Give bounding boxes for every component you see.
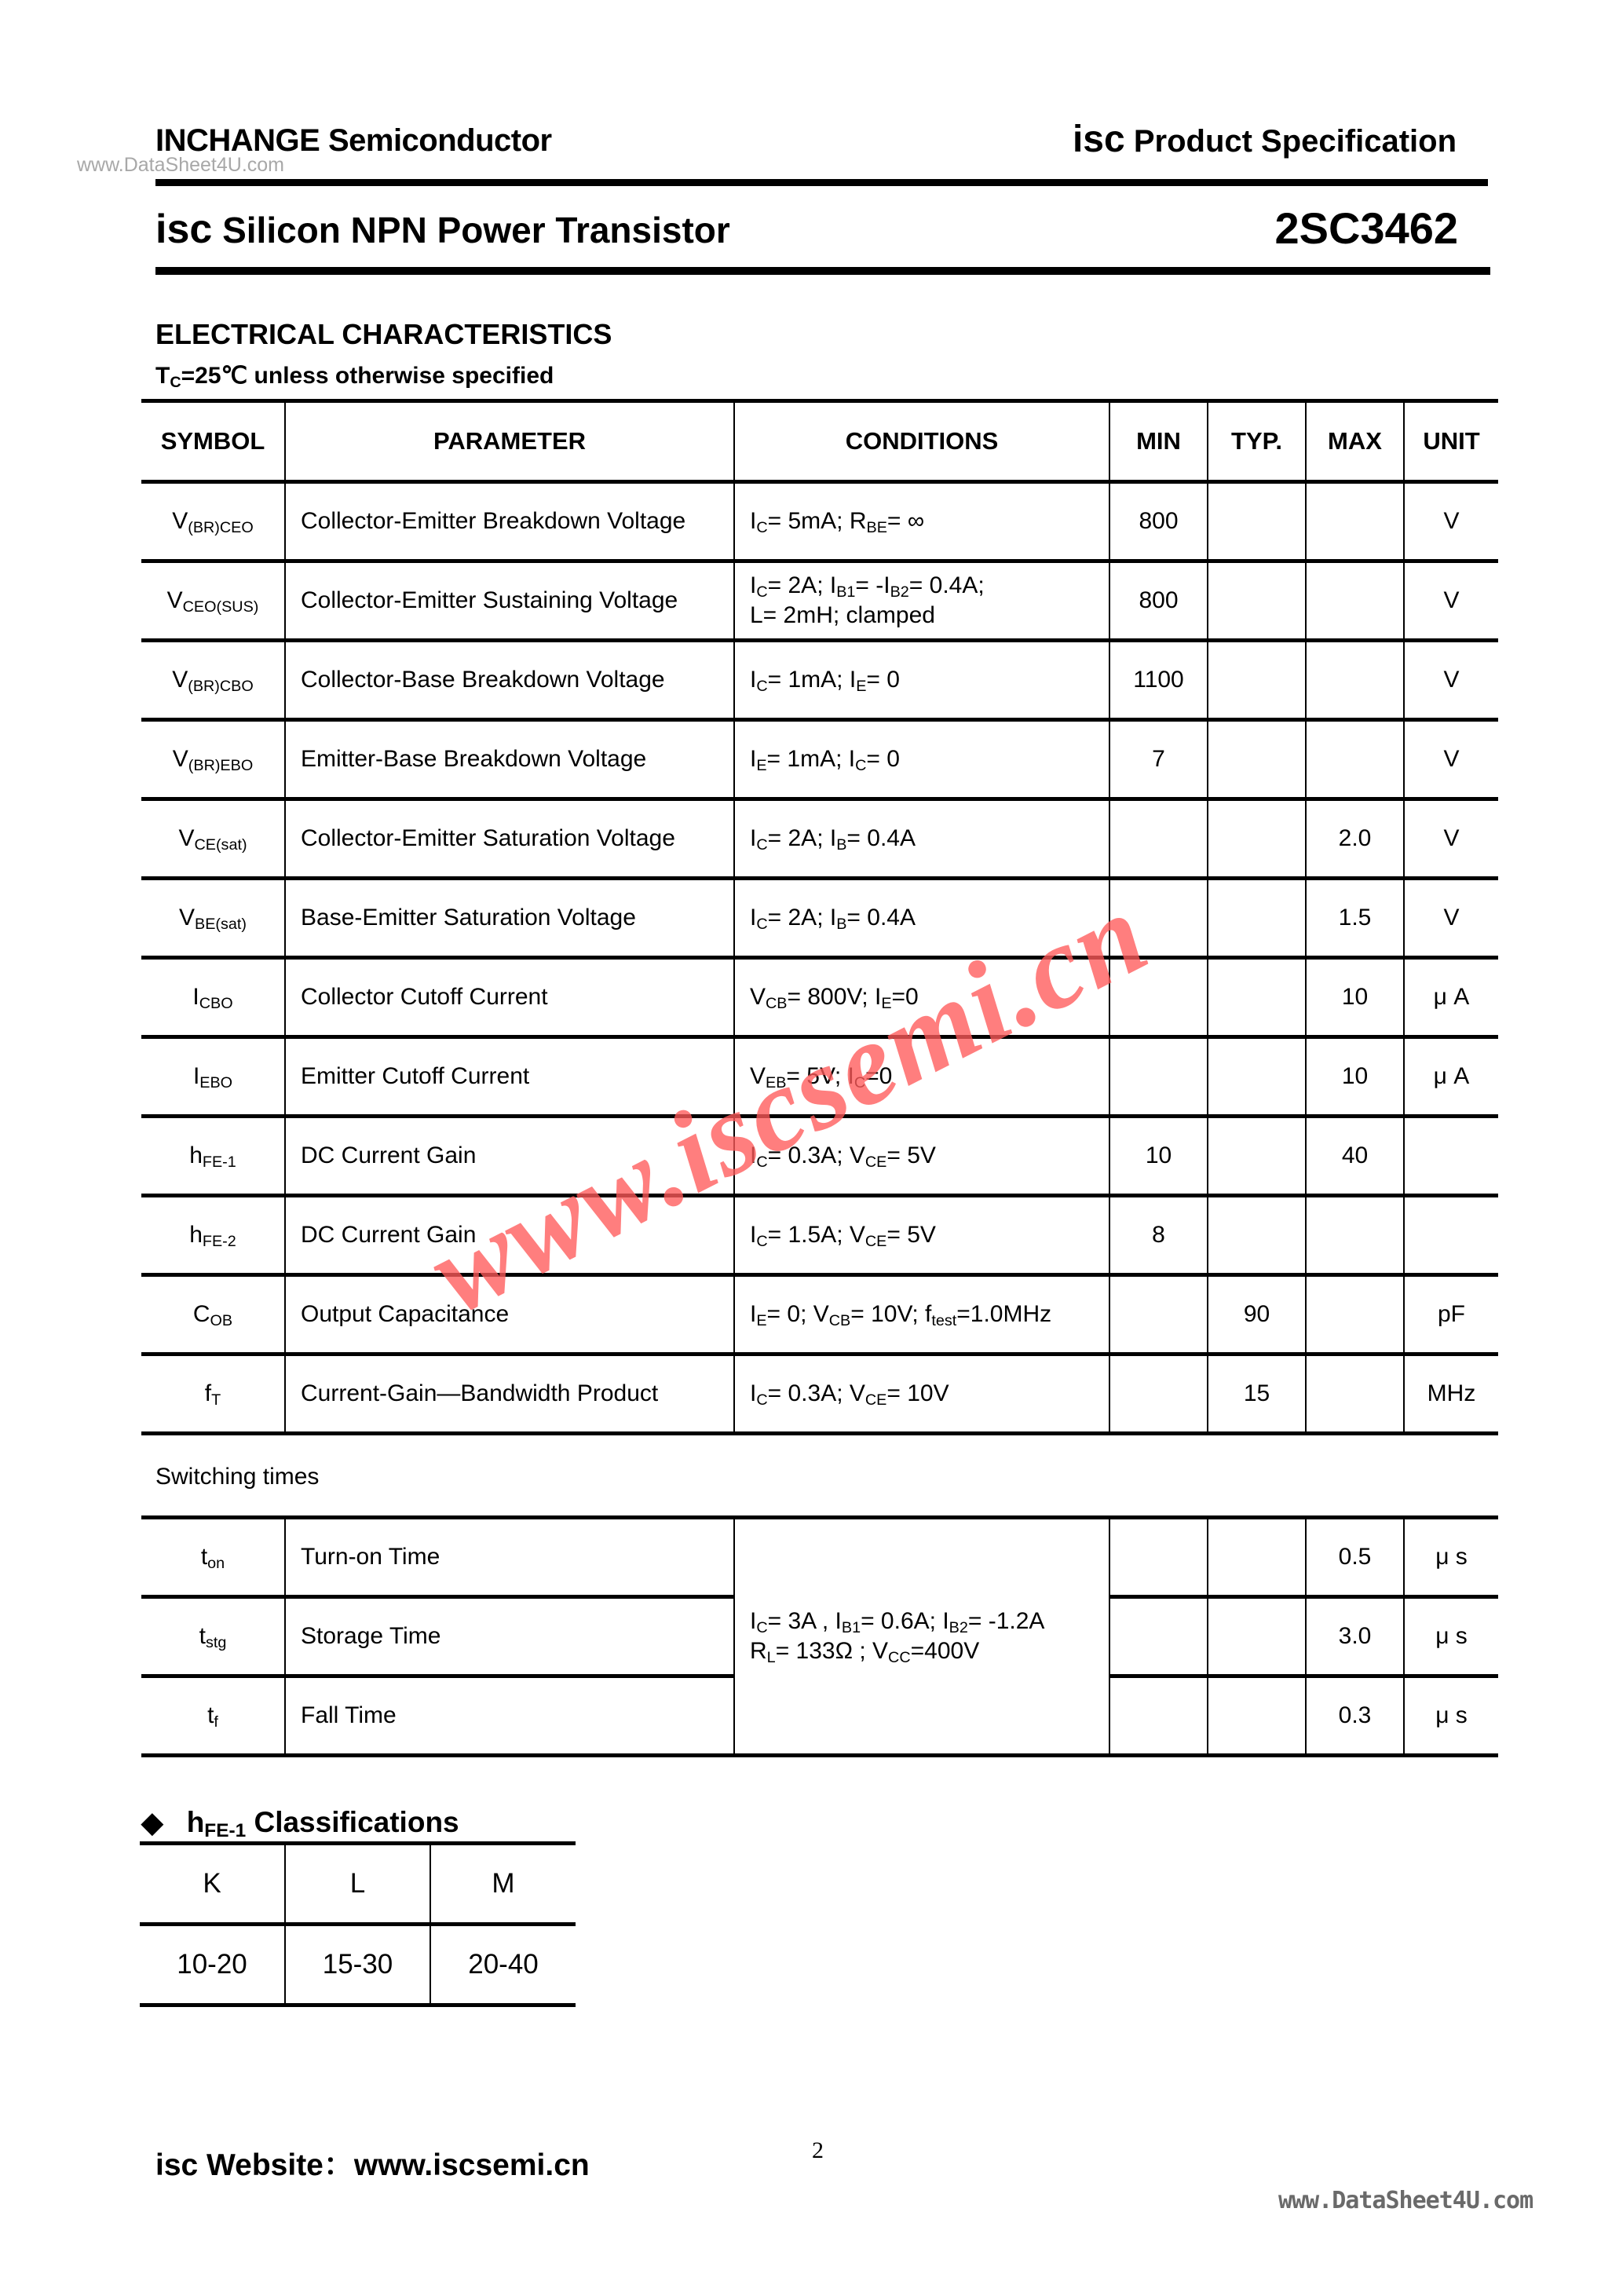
cell-max <box>1306 1196 1404 1275</box>
cell-min: 800 <box>1109 561 1208 641</box>
cell-max: 2.0 <box>1306 799 1404 879</box>
cell-symbol: ICBO <box>141 958 285 1037</box>
range-l: 15-30 <box>285 1925 430 2005</box>
range-k: 10-20 <box>140 1925 285 2005</box>
cell-typ <box>1208 1597 1306 1676</box>
isc-prefix: isc <box>155 207 212 252</box>
grade-row: K L M <box>140 1844 576 1925</box>
cell-conditions: IC= 2A; IB1= -IB2= 0.4A;L= 2mH; clamped <box>734 561 1109 641</box>
cell-max <box>1306 720 1404 799</box>
cell-typ <box>1208 1037 1306 1117</box>
cell-unit: V <box>1404 879 1498 958</box>
title-text: Silicon NPN Power Transistor <box>222 210 730 250</box>
cell-min <box>1109 1275 1208 1355</box>
cell-symbol: hFE-2 <box>141 1196 285 1275</box>
cell-symbol: V(BR)CBO <box>141 641 285 720</box>
cell-min <box>1109 1355 1208 1434</box>
table-row: fTCurrent-Gain—Bandwidth ProductIC= 0.3A… <box>141 1355 1498 1434</box>
cell-max: 10 <box>1306 1037 1404 1117</box>
cond-rest: =25℃ unless otherwise specified <box>181 363 554 389</box>
cell-max <box>1306 1355 1404 1434</box>
cell-parameter: Emitter Cutoff Current <box>285 1037 734 1117</box>
cell-typ: 90 <box>1208 1275 1306 1355</box>
cell-unit: V <box>1404 799 1498 879</box>
cell-min: 800 <box>1109 482 1208 561</box>
cell-unit: V <box>1404 482 1498 561</box>
cell-typ <box>1208 1117 1306 1196</box>
cell-parameter: Collector Cutoff Current <box>285 958 734 1037</box>
cell-unit: V <box>1404 720 1498 799</box>
cell-parameter: Collector-Emitter Breakdown Voltage <box>285 482 734 561</box>
cell-min: 10 <box>1109 1117 1208 1196</box>
website-link[interactable]: www.iscsemi.cn <box>354 2148 590 2182</box>
switching-times-table: tonTurn-on TimeIC= 3A , IB1= 0.6A; IB2= … <box>141 1515 1498 1757</box>
cell-symbol: VBE(sat) <box>141 879 285 958</box>
table-row: IEBOEmitter Cutoff CurrentVEB= 5V; IC=01… <box>141 1037 1498 1117</box>
cell-conditions: IE= 0; VCB= 10V; ftest=1.0MHz <box>734 1275 1109 1355</box>
cell-max: 1.5 <box>1306 879 1404 958</box>
header-rule <box>155 179 1488 186</box>
cell-max: 0.3 <box>1306 1676 1404 1756</box>
page-title: isc Silicon NPN Power Transistor <box>155 206 730 253</box>
cls-rest: Classifications <box>246 1806 459 1838</box>
cell-parameter: Collector-Emitter Saturation Voltage <box>285 799 734 879</box>
cond-sub: C <box>170 374 181 391</box>
cell-conditions: IC= 0.3A; VCE= 10V <box>734 1355 1109 1434</box>
cell-symbol: tf <box>141 1676 285 1756</box>
cls-sub: FE-1 <box>204 1820 246 1841</box>
cell-conditions: IE= 1mA; IC= 0 <box>734 720 1109 799</box>
table-row: hFE-2DC Current GainIC= 1.5A; VCE= 5V8 <box>141 1196 1498 1275</box>
cell-min: 8 <box>1109 1196 1208 1275</box>
switching-times-label: Switching times <box>155 1464 319 1490</box>
cell-conditions: IC= 5mA; RBE= ∞ <box>734 482 1109 561</box>
cell-unit: V <box>1404 561 1498 641</box>
cell-typ <box>1208 720 1306 799</box>
website-label: isc Website： <box>155 2148 354 2182</box>
cell-parameter: DC Current Gain <box>285 1117 734 1196</box>
cell-parameter: Collector-Base Breakdown Voltage <box>285 641 734 720</box>
spec-text: Product Specification <box>1134 124 1457 159</box>
section-title: ELECTRICAL CHARACTERISTICS <box>155 318 612 351</box>
cell-conditions: IC= 2A; IB= 0.4A <box>734 879 1109 958</box>
cell-max <box>1306 561 1404 641</box>
cell-unit: μ s <box>1404 1676 1498 1756</box>
hfe-classification-table: K L M 10-20 15-30 20-40 <box>140 1841 576 2007</box>
title-rule <box>155 267 1490 275</box>
cond-symbol: T <box>155 363 170 389</box>
cell-unit: μ A <box>1404 1037 1498 1117</box>
cell-parameter: Current-Gain—Bandwidth Product <box>285 1355 734 1434</box>
cell-typ <box>1208 958 1306 1037</box>
range-m: 20-40 <box>430 1925 576 2005</box>
cell-symbol: VCE(sat) <box>141 799 285 879</box>
cell-max: 10 <box>1306 958 1404 1037</box>
cell-conditions: IC= 0.3A; VCE= 5V <box>734 1117 1109 1196</box>
cell-unit: V <box>1404 641 1498 720</box>
table-row: COBOutput CapacitanceIE= 0; VCB= 10V; ft… <box>141 1275 1498 1355</box>
footer-website: isc Website：www.iscsemi.cn <box>155 2141 590 2184</box>
cell-conditions: IC= 3A , IB1= 0.6A; IB2= -1.2ARL= 133Ω ;… <box>734 1518 1109 1756</box>
col-max: MAX <box>1306 401 1404 482</box>
cell-typ <box>1208 641 1306 720</box>
table-row: hFE-1DC Current GainIC= 0.3A; VCE= 5V104… <box>141 1117 1498 1196</box>
classifications-title: ◆hFE-1 Classifications <box>141 1806 459 1839</box>
cell-parameter: Fall Time <box>285 1676 734 1756</box>
cell-min <box>1109 799 1208 879</box>
cell-min <box>1109 1676 1208 1756</box>
cell-max: 40 <box>1306 1117 1404 1196</box>
col-conditions: CONDITIONS <box>734 401 1109 482</box>
cell-typ: 15 <box>1208 1355 1306 1434</box>
range-row: 10-20 15-30 20-40 <box>140 1925 576 2005</box>
cell-parameter: Turn-on Time <box>285 1518 734 1597</box>
cell-symbol: VCEO(SUS) <box>141 561 285 641</box>
table-row: V(BR)CBOCollector-Base Breakdown Voltage… <box>141 641 1498 720</box>
cell-unit: pF <box>1404 1275 1498 1355</box>
col-parameter: PARAMETER <box>285 401 734 482</box>
cell-min <box>1109 1518 1208 1597</box>
table-row: V(BR)EBOEmitter-Base Breakdown VoltageIE… <box>141 720 1498 799</box>
diamond-bullet-icon: ◆ <box>141 1806 163 1838</box>
cell-parameter: Collector-Emitter Sustaining Voltage <box>285 561 734 641</box>
col-symbol: SYMBOL <box>141 401 285 482</box>
grade-k: K <box>140 1844 285 1925</box>
page-number: 2 <box>812 2137 824 2164</box>
watermark-top-left: www.DataSheet4U.com <box>77 154 284 177</box>
cell-conditions: IC= 1.5A; VCE= 5V <box>734 1196 1109 1275</box>
cell-unit: μ A <box>1404 958 1498 1037</box>
spec-label: isc Product Specification <box>1073 118 1457 161</box>
table-row: VBE(sat)Base-Emitter Saturation VoltageI… <box>141 879 1498 958</box>
cell-conditions: VEB= 5V; IC=0 <box>734 1037 1109 1117</box>
col-typ: TYP. <box>1208 401 1306 482</box>
condition-note: TC=25℃ unless otherwise specified <box>155 362 554 389</box>
cell-min: 7 <box>1109 720 1208 799</box>
cell-parameter: Emitter-Base Breakdown Voltage <box>285 720 734 799</box>
table-row: ICBOCollector Cutoff CurrentVCB= 800V; I… <box>141 958 1498 1037</box>
cell-parameter: DC Current Gain <box>285 1196 734 1275</box>
cell-max <box>1306 641 1404 720</box>
cell-max <box>1306 1275 1404 1355</box>
cell-symbol: V(BR)EBO <box>141 720 285 799</box>
cell-parameter: Storage Time <box>285 1597 734 1676</box>
cell-symbol: COB <box>141 1275 285 1355</box>
cell-typ <box>1208 879 1306 958</box>
cell-typ <box>1208 799 1306 879</box>
cell-unit: MHz <box>1404 1355 1498 1434</box>
grade-l: L <box>285 1844 430 1925</box>
electrical-characteristics-table: SYMBOL PARAMETER CONDITIONS MIN TYP. MAX… <box>141 399 1498 1435</box>
cell-symbol: hFE-1 <box>141 1117 285 1196</box>
cell-parameter: Base-Emitter Saturation Voltage <box>285 879 734 958</box>
cell-typ <box>1208 1518 1306 1597</box>
cell-typ <box>1208 1196 1306 1275</box>
cell-min <box>1109 1037 1208 1117</box>
cell-min <box>1109 879 1208 958</box>
col-unit: UNIT <box>1404 401 1498 482</box>
cell-symbol: fT <box>141 1355 285 1434</box>
cell-symbol: V(BR)CEO <box>141 482 285 561</box>
grade-m: M <box>430 1844 576 1925</box>
cell-typ <box>1208 561 1306 641</box>
cell-min: 1100 <box>1109 641 1208 720</box>
table-row: V(BR)CEOCollector-Emitter Breakdown Volt… <box>141 482 1498 561</box>
cell-parameter: Output Capacitance <box>285 1275 734 1355</box>
cell-max <box>1306 482 1404 561</box>
cell-max: 0.5 <box>1306 1518 1404 1597</box>
cell-unit <box>1404 1196 1498 1275</box>
table-row: VCEO(SUS)Collector-Emitter Sustaining Vo… <box>141 561 1498 641</box>
cell-unit: μ s <box>1404 1518 1498 1597</box>
table-row: VCE(sat)Collector-Emitter Saturation Vol… <box>141 799 1498 879</box>
cell-symbol: tstg <box>141 1597 285 1676</box>
cell-conditions: VCB= 800V; IE=0 <box>734 958 1109 1037</box>
part-number: 2SC3462 <box>1274 203 1458 254</box>
isc-prefix: isc <box>1073 119 1125 160</box>
cell-unit <box>1404 1117 1498 1196</box>
cell-symbol: ton <box>141 1518 285 1597</box>
watermark-bottom-right: www.DataSheet4U.com <box>1278 2187 1533 2214</box>
cell-unit: μ s <box>1404 1597 1498 1676</box>
cell-min <box>1109 958 1208 1037</box>
cls-symbol: h <box>187 1806 205 1838</box>
table-row: tonTurn-on TimeIC= 3A , IB1= 0.6A; IB2= … <box>141 1518 1498 1597</box>
cell-min <box>1109 1597 1208 1676</box>
col-min: MIN <box>1109 401 1208 482</box>
cell-conditions: IC= 1mA; IE= 0 <box>734 641 1109 720</box>
cell-symbol: IEBO <box>141 1037 285 1117</box>
cell-conditions: IC= 2A; IB= 0.4A <box>734 799 1109 879</box>
cell-typ <box>1208 1676 1306 1756</box>
table-header-row: SYMBOL PARAMETER CONDITIONS MIN TYP. MAX… <box>141 401 1498 482</box>
cell-typ <box>1208 482 1306 561</box>
cell-max: 3.0 <box>1306 1597 1404 1676</box>
